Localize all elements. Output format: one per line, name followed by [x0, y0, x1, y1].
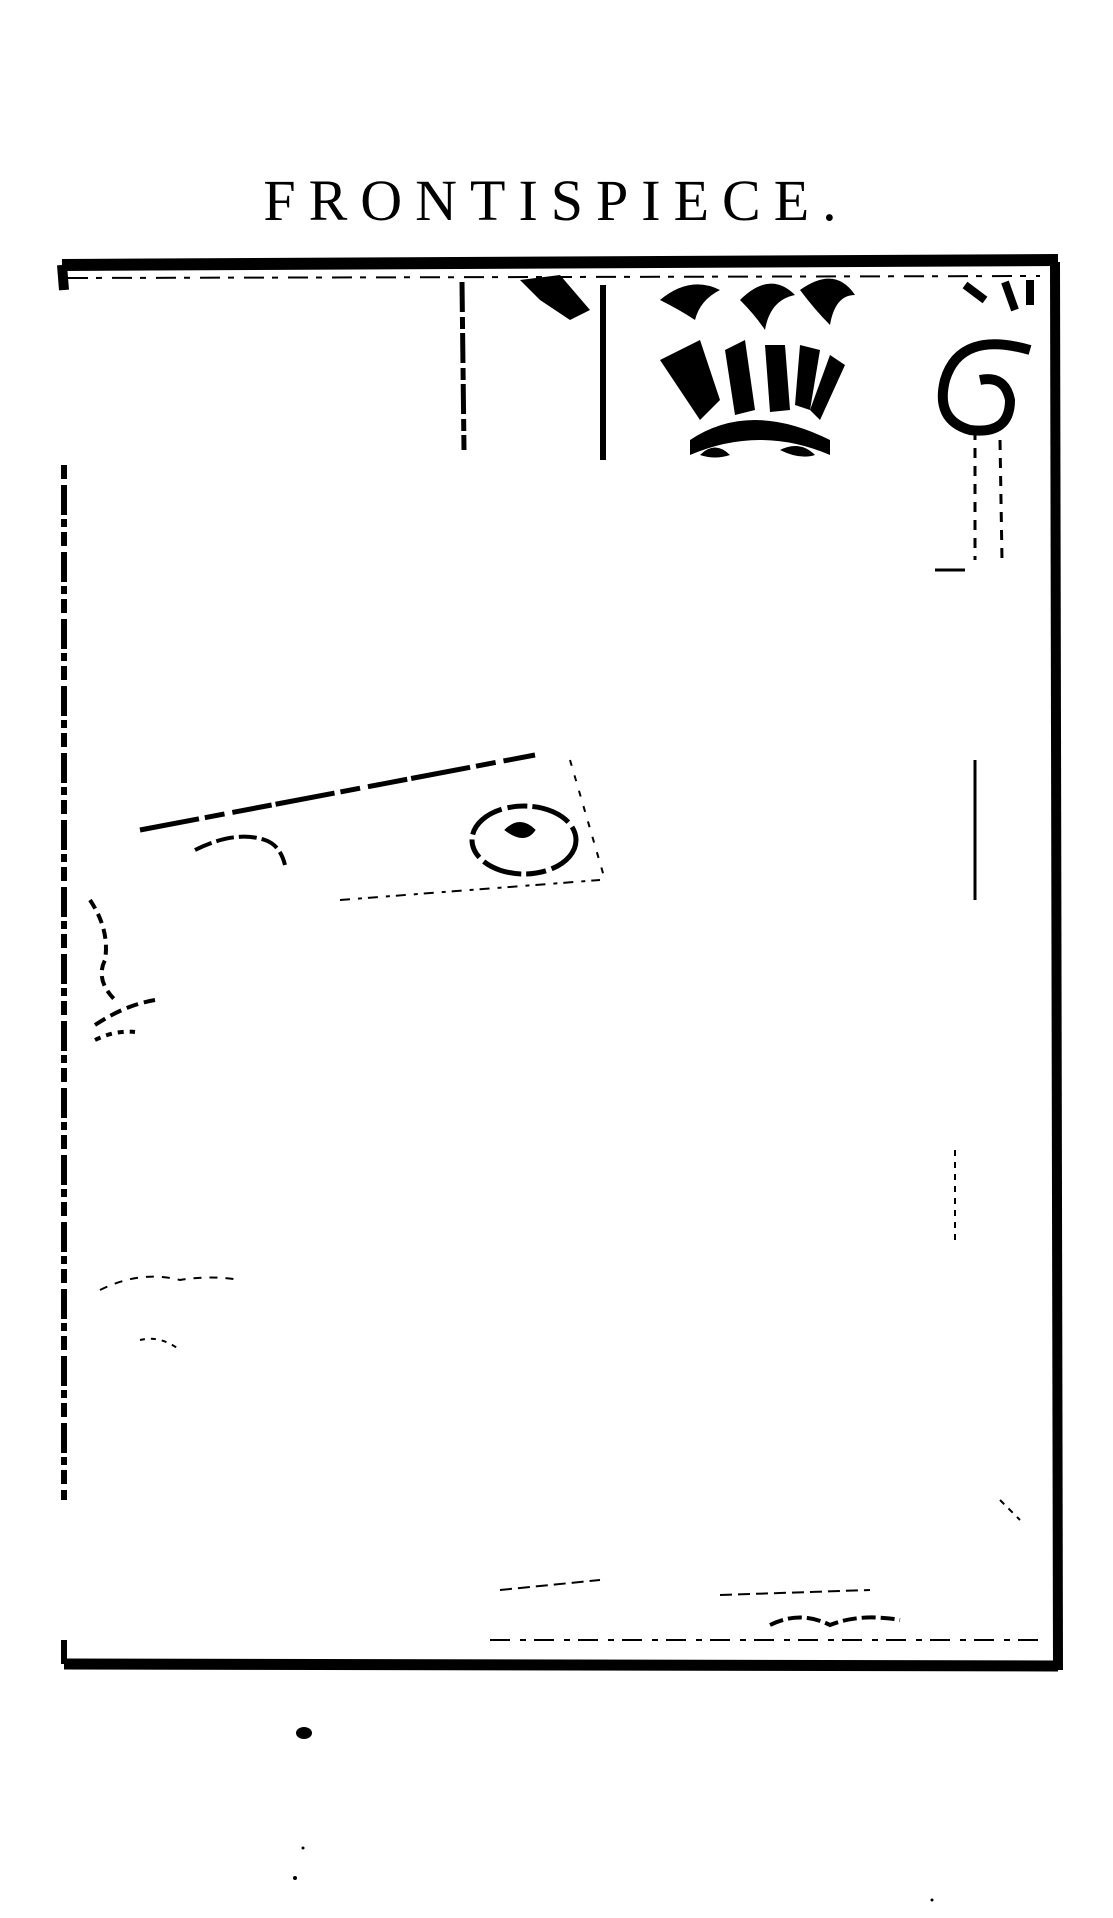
reclining-figure	[90, 837, 285, 1040]
medallion	[472, 806, 576, 874]
frame-border	[62, 260, 1058, 1670]
frontispiece-illustration	[0, 0, 1113, 1918]
ionic-volute	[935, 280, 1030, 570]
ground-foliage	[100, 760, 1040, 1640]
corinthian-capital	[520, 275, 855, 458]
tablet-slab	[140, 755, 605, 900]
ink-specks	[293, 1727, 934, 1902]
